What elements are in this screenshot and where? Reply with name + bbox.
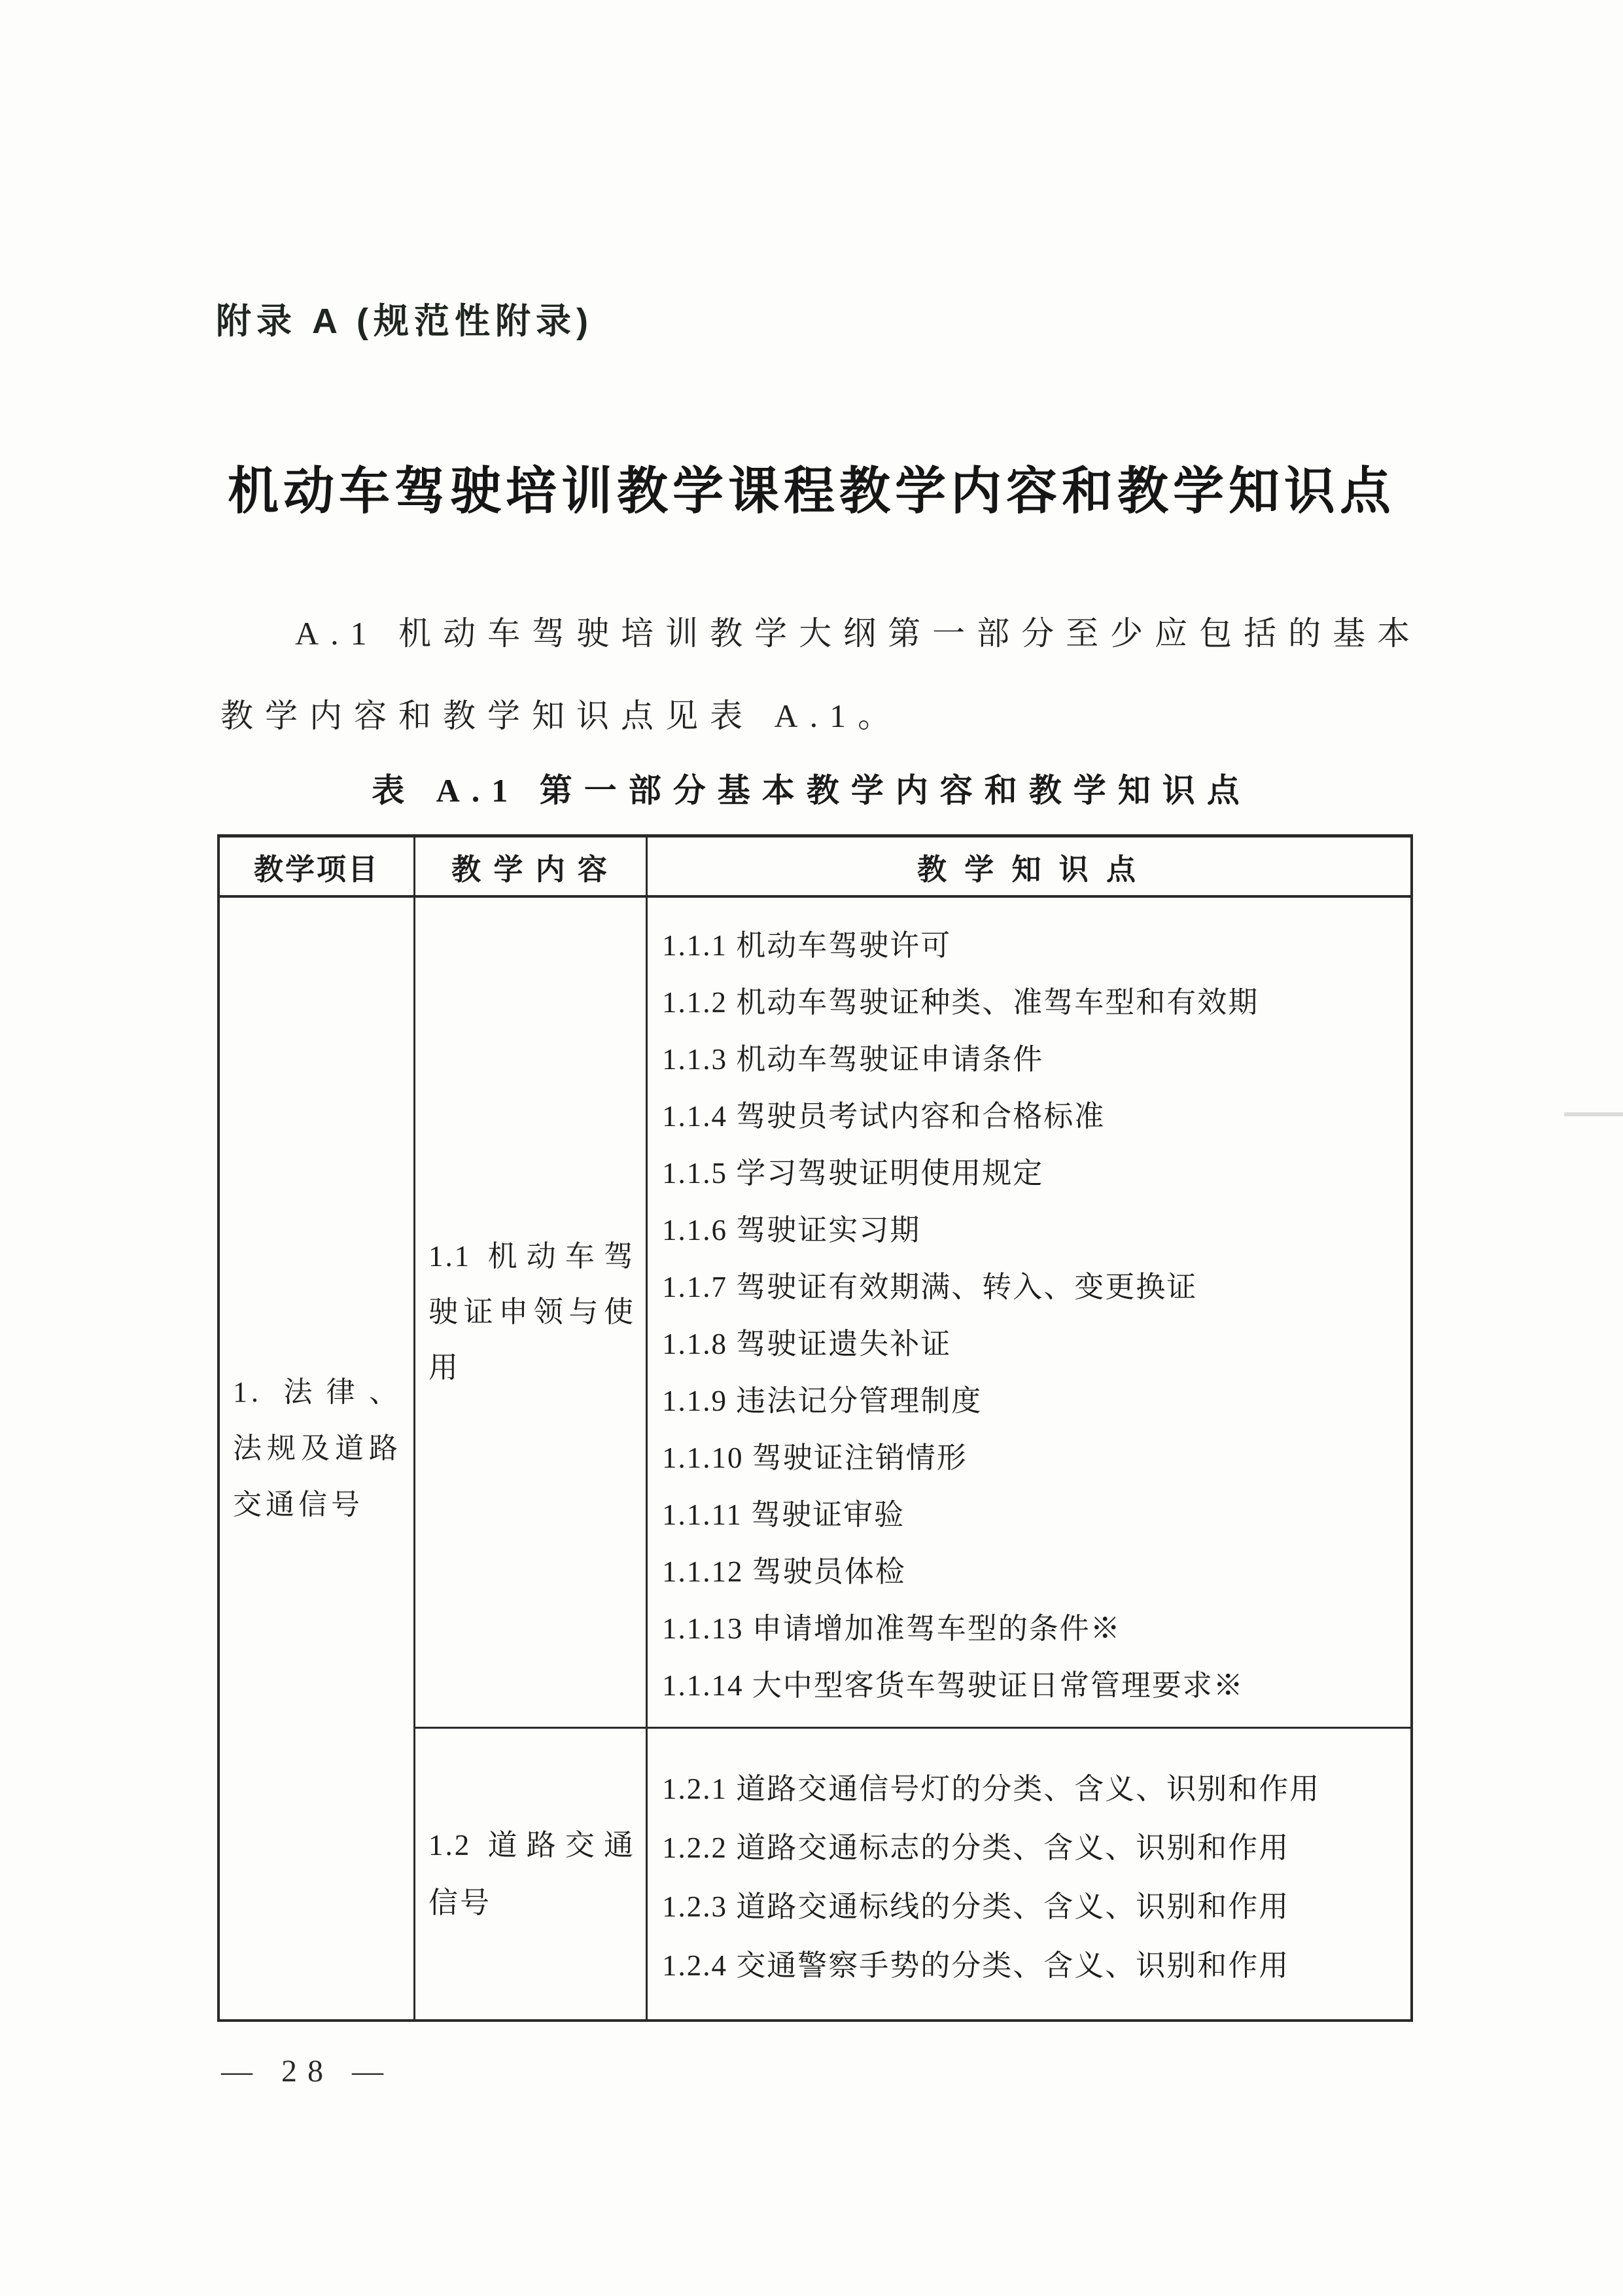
knowledge-list-1-1: 1.1.1 机动车驾驶许可 1.1.2 机动车驾驶证种类、准驾车型和有效期 1.… (648, 898, 1410, 1729)
knowledge-point: 1.1.8 驾驶证遗失补证 (662, 1313, 1410, 1369)
knowledge-point: 1.1.3 机动车驾驶证申请条件 (662, 1028, 1410, 1085)
knowledge-point: 1.1.13 申请增加准驾车型的条件※ (662, 1597, 1410, 1654)
knowledge-point: 1.1.6 驾驶证实习期 (662, 1199, 1410, 1256)
knowledge-point: 1.1.7 驾驶证有效期满、转入、变更换证 (662, 1256, 1410, 1313)
annex-heading: 附录 A (规范性附录) (216, 293, 593, 344)
knowledge-point: 1.1.14 大中型客货车驾驶证日常管理要求※ (662, 1654, 1410, 1711)
page-number: — 28 — (221, 2053, 394, 2089)
knowledge-point: 1.2.4 交通警察手势的分类、含义、识别和作用 (662, 1933, 1410, 1992)
content-label-1-1: 1.1 机动车驾驶证申领与使用 (428, 1229, 635, 1396)
knowledge-point: 1.1.11 驾驶证审验 (662, 1483, 1410, 1540)
knowledge-point: 1.1.1 机动车驾驶许可 (662, 914, 1410, 971)
paragraph-line-1: A.1 机动车驾驶培训教学大纲第一部分至少应包括的基本 (220, 592, 1408, 675)
content-cell-1-2: 1.2 道路交通信号 (415, 1729, 648, 2019)
knowledge-point: 1.1.9 违法记分管理制度 (662, 1369, 1410, 1426)
knowledge-point: 1.1.5 学习驾驶证明使用规定 (662, 1142, 1410, 1199)
document-page: 附录 A (规范性附录) 机动车驾驶培训教学课程教学内容和教学知识点 A.1 机… (0, 0, 1623, 2296)
table-caption: 表 A.1 第一部分基本教学内容和教学知识点 (0, 764, 1623, 811)
content-cell-1-1: 1.1 机动车驾驶证申领与使用 (415, 898, 648, 1729)
knowledge-point: 1.2.2 道路交通标志的分类、含义、识别和作用 (662, 1815, 1410, 1874)
header-cell-project: 教学项目 (220, 838, 415, 898)
header-cell-knowledge: 教 学 知 识 点 (648, 838, 1410, 898)
knowledge-point: 1.1.12 驾驶员体检 (662, 1540, 1410, 1597)
knowledge-point: 1.1.4 驾驶员考试内容和合格标准 (662, 1085, 1410, 1142)
curriculum-table: 教学项目 教 学 内 容 教 学 知 识 点 1. 法律、法规及道路交通信号 1… (217, 834, 1413, 2022)
knowledge-point: 1.1.10 驾驶证注销情形 (662, 1426, 1410, 1483)
content-label-1-2: 1.2 道路交通信号 (428, 1816, 635, 1932)
intro-paragraph: A.1 机动车驾驶培训教学大纲第一部分至少应包括的基本 教学内容和教学知识点见表… (220, 592, 1408, 757)
knowledge-point: 1.1.2 机动车驾驶证种类、准驾车型和有效期 (662, 971, 1410, 1028)
project-cell: 1. 法律、法规及道路交通信号 (220, 898, 415, 2019)
header-cell-content: 教 学 内 容 (415, 838, 648, 898)
paragraph-line-2: 教学内容和教学知识点见表 A.1。 (220, 675, 1408, 757)
scan-artifact-line (1564, 1112, 1623, 1116)
knowledge-point: 1.2.1 道路交通信号灯的分类、含义、识别和作用 (662, 1756, 1410, 1815)
knowledge-point: 1.2.3 道路交通标线的分类、含义、识别和作用 (662, 1874, 1410, 1933)
project-label: 1. 法律、法规及道路交通信号 (233, 1364, 402, 1533)
document-title: 机动车驾驶培训教学课程教学内容和教学知识点 (0, 450, 1623, 523)
knowledge-list-1-2: 1.2.1 道路交通信号灯的分类、含义、识别和作用 1.2.2 道路交通标志的分… (648, 1729, 1410, 2019)
